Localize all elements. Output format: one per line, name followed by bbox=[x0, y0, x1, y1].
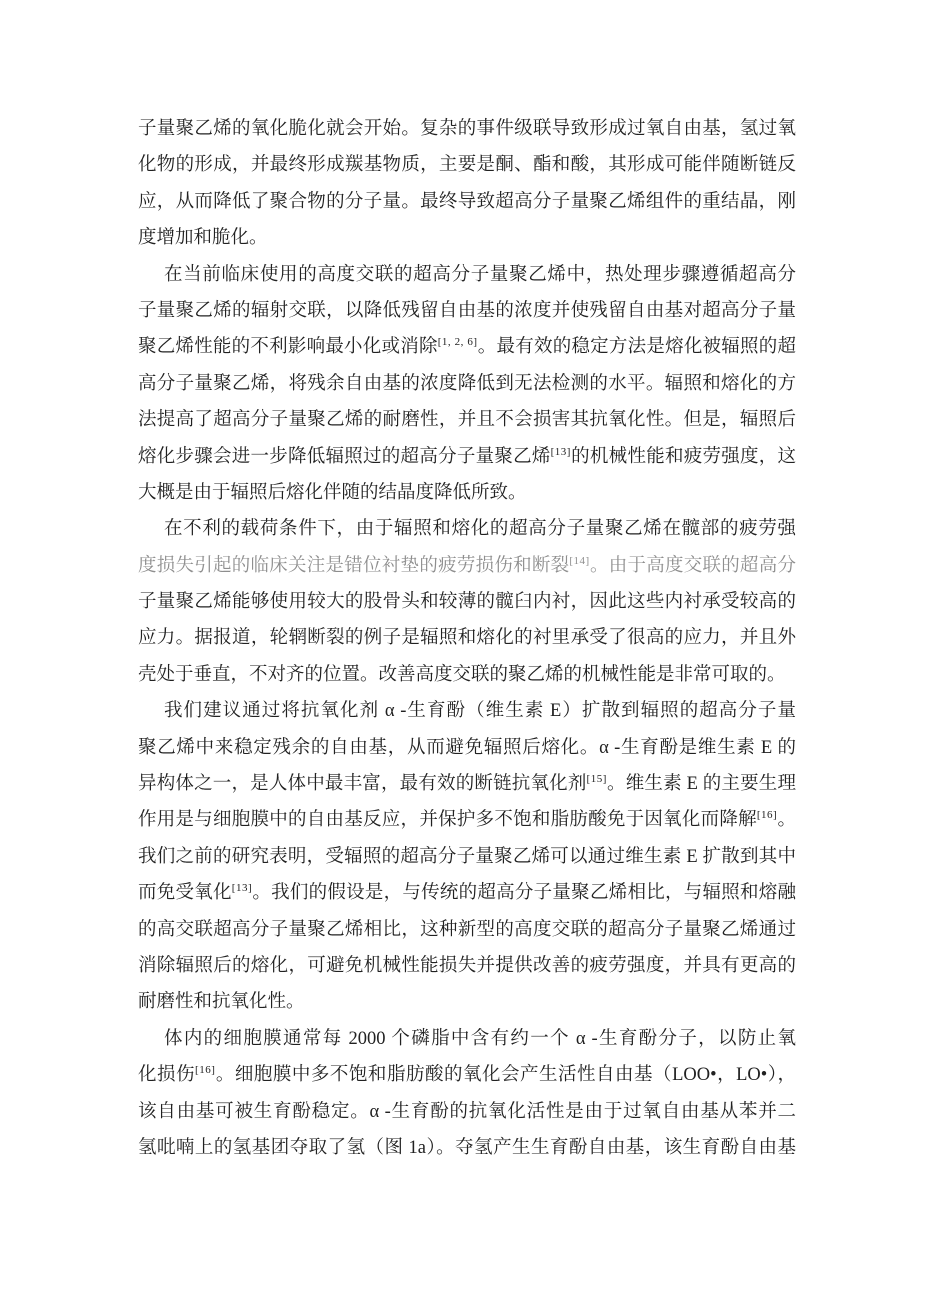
document-page: { "page": { "width": 926, "height": 1309… bbox=[0, 0, 926, 1309]
text-line: 子量聚乙烯的辐射交联，以降低残留自由基的浓度并使残留自由基对超高分子量 bbox=[138, 293, 796, 329]
text-line: 消除辐照后的熔化，可避免机械性能损失并提供改善的疲劳强度，并具有更高的 bbox=[138, 948, 796, 984]
citation-ref: [15] bbox=[587, 773, 607, 785]
paragraph-5: 体内的细胞膜通常每 2000 个磷脂中含有约一个 α -生育酚分子，以防止氧化损… bbox=[138, 1021, 796, 1167]
text-line: 我们建议通过将抗氧化剂 α -生育酚（维生素 E）扩散到辐照的超高分子量 bbox=[138, 693, 796, 729]
citation-ref: [13] bbox=[232, 882, 252, 894]
text-line: 聚乙烯性能的不利影响最小化或消除[1, 2, 6]。最有效的稳定方法是熔化被辐照… bbox=[138, 329, 796, 365]
text-line: 耐磨性和抗氧化性。 bbox=[138, 984, 796, 1020]
paragraph-1: 子量聚乙烯的氧化脆化就会开始。复杂的事件级联导致形成过氧自由基，氢过氧化物的形成… bbox=[138, 111, 796, 257]
text-line: 度增加和脆化。 bbox=[138, 220, 796, 256]
paragraph-2: 在当前临床使用的高度交联的超高分子量聚乙烯中，热处理步骤遵循超高分子量聚乙烯的辐… bbox=[138, 257, 796, 512]
text-line: 度损失引起的临床关注是错位衬垫的疲劳损伤和断裂[14]。由于高度交联的超高分 bbox=[138, 548, 796, 584]
text-line: 而免受氧化[13]。我们的假设是，与传统的超高分子量聚乙烯相比，与辐照和熔融 bbox=[138, 875, 796, 911]
paragraph-4: 我们建议通过将抗氧化剂 α -生育酚（维生素 E）扩散到辐照的超高分子量聚乙烯中… bbox=[138, 693, 796, 1021]
text-line: 我们之前的研究表明，受辐照的超高分子量聚乙烯可以通过维生素 E 扩散到其中 bbox=[138, 839, 796, 875]
citation-ref: [14] bbox=[569, 555, 589, 567]
text-line: 化物的形成，并最终形成羰基物质，主要是酮、酯和酸，其形成可能伴随断链反 bbox=[138, 147, 796, 183]
citation-ref: [1, 2, 6] bbox=[438, 336, 478, 348]
text-line: 化损伤[16]。细胞膜中多不饱和脂肪酸的氧化会产生活性自由基（LOO•，LO•）… bbox=[138, 1057, 796, 1093]
text-line: 大概是由于辐照后熔化伴随的结晶度降低所致。 bbox=[138, 475, 796, 511]
text-line: 该自由基可被生育酚稳定。α -生育酚的抗氧化活性是由于过氧自由基从苯并二 bbox=[138, 1094, 796, 1130]
text-line: 子量聚乙烯的氧化脆化就会开始。复杂的事件级联导致形成过氧自由基，氢过氧 bbox=[138, 111, 796, 147]
text-block: 子量聚乙烯的氧化脆化就会开始。复杂的事件级联导致形成过氧自由基，氢过氧化物的形成… bbox=[138, 111, 796, 1166]
text-line: 熔化步骤会进一步降低辐照过的超高分子量聚乙烯[13]的机械性能和疲劳强度，这 bbox=[138, 439, 796, 475]
text-line: 异构体之一，是人体中最丰富，最有效的断链抗氧化剂[15]。维生素 E 的主要生理 bbox=[138, 766, 796, 802]
paragraph-3: 在不利的载荷条件下，由于辐照和熔化的超高分子量聚乙烯在髋部的疲劳强度损失引起的临… bbox=[138, 511, 796, 693]
text-line: 作用是与细胞膜中的自由基反应，并保护多不饱和脂肪酸免于因氧化而降解[16]。 bbox=[138, 802, 796, 838]
citation-ref: [16] bbox=[195, 1064, 215, 1076]
citation-ref: [13] bbox=[551, 445, 571, 457]
citation-ref: [16] bbox=[757, 809, 777, 821]
text-line: 应力。据报道，轮辋断裂的例子是辐照和熔化的衬里承受了很高的应力，并且外 bbox=[138, 620, 796, 656]
text-line: 的高交联超高分子量聚乙烯相比，这种新型的高度交联的超高分子量聚乙烯通过 bbox=[138, 912, 796, 948]
text-line: 聚乙烯中来稳定残余的自由基，从而避免辐照后熔化。α -生育酚是维生素 E 的 bbox=[138, 730, 796, 766]
text-line: 氢吡喃上的氢基团夺取了氢（图 1a）。夺氢产生生育酚自由基，该生育酚自由基 bbox=[138, 1130, 796, 1166]
text-line: 体内的细胞膜通常每 2000 个磷脂中含有约一个 α -生育酚分子，以防止氧 bbox=[138, 1021, 796, 1057]
text-line: 在当前临床使用的高度交联的超高分子量聚乙烯中，热处理步骤遵循超高分 bbox=[138, 257, 796, 293]
text-line: 应，从而降低了聚合物的分子量。最终导致超高分子量聚乙烯组件的重结晶，刚 bbox=[138, 184, 796, 220]
text-line: 高分子量聚乙烯，将残余自由基的浓度降低到无法检测的水平。辐照和熔化的方 bbox=[138, 366, 796, 402]
text-line: 在不利的载荷条件下，由于辐照和熔化的超高分子量聚乙烯在髋部的疲劳强 bbox=[138, 511, 796, 547]
text-line: 子量聚乙烯能够使用较大的股骨头和较薄的髋臼内衬，因此这些内衬承受较高的 bbox=[138, 584, 796, 620]
text-line: 法提高了超高分子量聚乙烯的耐磨性，并且不会损害其抗氧化性。但是，辐照后 bbox=[138, 402, 796, 438]
text-line: 壳处于垂直，不对齐的位置。改善高度交联的聚乙烯的机械性能是非常可取的。 bbox=[138, 657, 796, 693]
